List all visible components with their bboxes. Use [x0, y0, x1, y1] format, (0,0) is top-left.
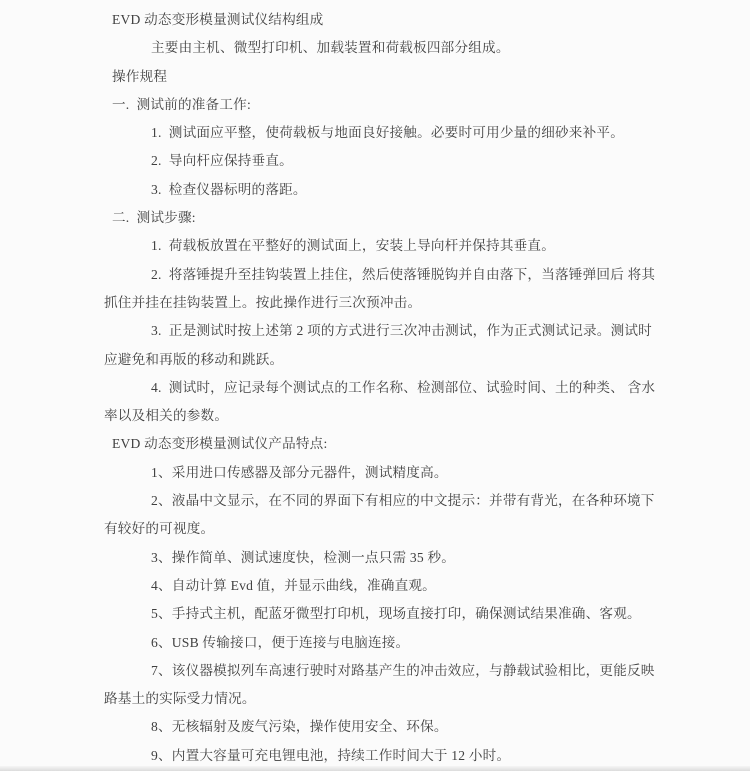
list-item: 3. 检查仪器标明的落距。 [0, 176, 750, 204]
heading-operating-rules: 操作规程 [0, 63, 750, 91]
title-structure: EVD 动态变形模量测试仪结构组成 [0, 6, 750, 34]
continuation-line: 率以及相关的参数。 [0, 402, 750, 430]
list-item: 1、采用进口传感器及部分元器件，测试精度高。 [0, 459, 750, 487]
continuation-line: 抓住并挂在挂钩装置上。按此操作进行三次预冲击。 [0, 289, 750, 317]
document-page: EVD 动态变形模量测试仪结构组成 主要由主机、微型打印机、加载装置和荷载板四部… [0, 0, 750, 770]
page-bottom-edge [0, 766, 750, 771]
list-item: 4、自动计算 Evd 值，并显示曲线，准确直观。 [0, 572, 750, 600]
continuation-line: 路基土的实际受力情况。 [0, 685, 750, 713]
heading-test-steps: 二. 测试步骤: [0, 204, 750, 232]
heading-product-features: EVD 动态变形模量测试仪产品特点: [0, 430, 750, 458]
list-item: 2. 将落锤提升至挂钩装置上挂住，然后使落锤脱钩并自由落下，当落锤弹回后 将其 [0, 261, 750, 289]
heading-preparation: 一. 测试前的准备工作: [0, 91, 750, 119]
list-item: 1. 荷载板放置在平整好的测试面上，安装上导向杆并保持其垂直。 [0, 232, 750, 260]
paragraph-line: 主要由主机、微型打印机、加载装置和荷载板四部分组成。 [0, 34, 750, 62]
list-item: 6、USB 传输接口，便于连接与电脑连接。 [0, 629, 750, 657]
list-item: 2. 导向杆应保持垂直。 [0, 147, 750, 175]
list-item: 8、无核辐射及废气污染，操作使用安全、环保。 [0, 713, 750, 741]
list-item: 5、手持式主机，配蓝牙微型打印机，现场直接打印，确保测试结果准确、客观。 [0, 600, 750, 628]
continuation-line: 应避免和再版的移动和跳跃。 [0, 346, 750, 374]
list-item: 3、操作简单、测试速度快，检测一点只需 35 秒。 [0, 544, 750, 572]
list-item: 3. 正是测试时按上述第 2 项的方式进行三次冲击测试，作为正式测试记录。测试时 [0, 317, 750, 345]
list-item: 7、该仪器模拟列车高速行驶时对路基产生的冲击效应，与静载试验相比，更能反映 [0, 657, 750, 685]
list-item: 4. 测试时，应记录每个测试点的工作名称、检测部位、试验时间、土的种类、 含水 [0, 374, 750, 402]
list-item: 2、液晶中文显示，在不同的界面下有相应的中文提示：并带有背光，在各种环境下 [0, 487, 750, 515]
continuation-line: 有较好的可视度。 [0, 515, 750, 543]
list-item: 1. 测试面应平整，使荷载板与地面良好接触。必要时可用少量的细砂来补平。 [0, 119, 750, 147]
